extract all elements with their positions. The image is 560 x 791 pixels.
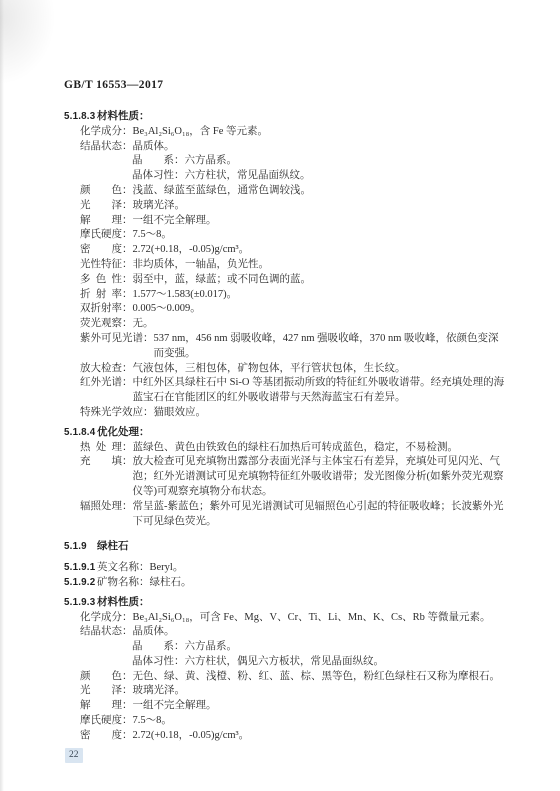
property-content: Be₃Al₂Si₆O₁₈，含 Fe 等元素。 [133,125,508,140]
property-colon: ： [122,125,133,140]
clause-number: 5.1.8.3 [64,110,97,125]
property-label: 结晶状态 [80,625,122,640]
property-row: 热处理：蓝绿色、黄色由铁致色的绿柱石加热后可转成蓝色，稳定，不易检测。 [80,441,507,456]
clause-heading-row: 5.1.8.4优化处理： [64,426,507,441]
property-label: 化学成分 [80,611,122,626]
property-row: 光性特征：非均质体，一轴晶，负光性。 [80,258,507,273]
property-label: 密度 [80,243,122,258]
property-content: 六方晶系。 [185,154,508,169]
property-label: 光性特征 [80,258,122,273]
property-label: 颜色 [80,670,122,685]
property-colon: ： [122,500,133,515]
page-number-line: 22 [65,748,507,763]
property-label: 密度 [80,729,122,744]
property-row: 多色性：弱至中，蓝，绿蓝；或不同色调的蓝。 [80,273,507,288]
property-row: 光泽：玻璃光泽。 [80,199,507,214]
property-label: 荧光观察 [80,317,122,332]
property-row: 密度：2.72(+0.18，-0.05)g/cm³。 [80,729,507,744]
property-content: 玻璃光泽。 [133,684,508,699]
property-content: 0.005～0.009。 [133,302,508,317]
property-row: 辐照处理：常呈蓝-紫蓝色；紫外可见光谱测试可见辐照色心引起的特征吸收峰；长波紫外… [80,500,507,530]
property-label: 特殊光学效应 [80,406,143,421]
property-colon: ： [122,243,133,258]
property-label: 热处理 [80,441,122,456]
property-row: 折射率：1.577～1.583(±0.017)。 [80,288,507,303]
property-row: 充填：放大检查可见充填物出露部分表面光泽与主体宝石有差异，充填处可见闪光、气泡；… [80,455,507,499]
property-colon: ： [122,714,133,729]
property-label: 解理 [80,214,122,229]
property-row: 化学成分：Be₃Al₂Si₆O₁₈，含 Fe 等元素。 [80,125,507,140]
property-content: 非均质体，一轴晶，负光性。 [133,258,508,273]
property-label: 颜色 [80,184,122,199]
property-row: 红外光谱：中红外区具绿柱石中 Si-O 等基团振动所致的特征红外吸收谱带。经充填… [80,376,507,406]
property-label: 光泽 [80,199,122,214]
property-row: 放大检查：气液包体，三相包体，矿物包体，平行管状包体，生长纹。 [80,362,507,377]
property-colon: ： [122,455,133,470]
property-colon: ： [174,655,185,670]
property-content: 六方柱状，偶见六方板状，常见晶面纵纹。 [185,655,508,670]
property-colon: ： [122,288,133,303]
property-content: 中红外区具绿柱石中 Si-O 等基团振动所致的特征红外吸收谱带。经充填处理的海蓝… [133,376,508,406]
property-colon: ： [122,684,133,699]
property-colon: ： [122,441,133,456]
property-colon: ： [143,406,154,421]
property-colon: ： [122,670,133,685]
property-content: 六方晶系。 [185,640,508,655]
property-content: 一组不完全解理。 [133,214,508,229]
standard-number-header: GB/T 16553—2017 [64,79,163,91]
property-row: 紫外可见光谱：537 nm，456 nm 弱吸收峰，427 nm 强吸收峰，37… [80,332,507,362]
clause-heading-row: 5.1.8.3材料性质： [64,110,507,125]
clause-number: 5.1.9.3 [64,596,97,611]
property-row: 摩氏硬度：7.5～8。 [80,714,507,729]
subproperty-row: 晶体习性：六方柱状，偶见六方板状，常见晶面纵纹。 [132,655,507,670]
property-colon: ： [122,625,133,640]
property-colon: ： [122,362,133,377]
property-colon: ： [122,140,133,155]
subproperty-row: 晶体习性：六方柱状，常见晶面纵纹。 [132,169,507,184]
property-row: 光泽：玻璃光泽。 [80,684,507,699]
property-colon: ： [122,214,133,229]
property-content: 六方柱状，常见晶面纵纹。 [185,169,508,184]
clause-content: 英文名称：Beryl。 [97,562,183,573]
property-label: 摩氏硬度 [80,228,122,243]
document-body: 5.1.8.3材料性质：化学成分：Be₃Al₂Si₆O₁₈，含 Fe 等元素。结… [64,105,507,763]
property-content: 一组不完全解理。 [133,699,508,714]
property-content: 常呈蓝-紫蓝色；紫外可见光谱测试可见辐照色心引起的特征吸收峰；长波紫外光下可见绿… [133,500,508,530]
property-content: 1.577～1.583(±0.017)。 [133,288,508,303]
property-row: 颜色：无色、绿、黄、浅橙、粉、红、蓝、棕、黑等色，粉红色绿柱石又称为摩根石。 [80,670,507,685]
clause-title: 材料性质： [97,111,150,122]
property-content: 无色、绿、黄、浅橙、粉、红、蓝、棕、黑等色，粉红色绿柱石又称为摩根石。 [133,670,508,685]
page-number-badge: 22 [65,748,83,763]
property-row: 解理：一组不完全解理。 [80,214,507,229]
property-row: 荧光观察：无。 [80,317,507,332]
property-label: 紫外可见光谱 [80,332,143,347]
property-row: 双折射率：0.005～0.009。 [80,302,507,317]
property-colon: ： [122,258,133,273]
property-content: 蓝绿色、黄色由铁致色的绿柱石加热后可转成蓝色，稳定，不易检测。 [133,441,508,456]
property-label: 辐照处理 [80,500,122,515]
property-row: 特殊光学效应：猫眼效应。 [80,406,507,421]
property-content: 弱至中，蓝，绿蓝；或不同色调的蓝。 [133,273,508,288]
property-row: 摩氏硬度：7.5～8。 [80,228,507,243]
document-page: { "page": { "header": "GB/T 16553—2017",… [0,0,560,791]
property-colon: ： [174,169,185,184]
clause-heading-row: 5.1.9.3材料性质： [64,596,507,611]
property-colon: ： [122,302,133,317]
property-content: 7.5～8。 [133,714,508,729]
clause-number: 5.1.9.1 [64,561,97,576]
property-label: 摩氏硬度 [80,714,122,729]
property-content: Be₃Al₂Si₆O₁₈，可含 Fe、Mg、V、Cr、Ti、Li、Mn、K、Cs… [133,611,508,626]
property-label: 解理 [80,699,122,714]
clause-content: 矿物名称：绿柱石。 [97,577,192,588]
clause-title: 优化处理： [97,427,150,438]
property-content: 猫眼效应。 [154,406,508,421]
property-label: 晶系 [132,640,174,655]
property-colon: ： [122,317,133,332]
property-content: 2.72(+0.18，-0.05)g/cm³。 [133,729,508,744]
property-row: 结晶状态：晶质体。 [80,625,507,640]
property-row: 化学成分：Be₃Al₂Si₆O₁₈，可含 Fe、Mg、V、Cr、Ti、Li、Mn… [80,611,507,626]
property-colon: ： [174,154,185,169]
clause-number: 5.1.8.4 [64,426,97,441]
clause-text-row: 5.1.9.2矿物名称：绿柱石。 [64,576,507,591]
clause-number: 5.1.9 [64,540,97,555]
property-content: 537 nm，456 nm 弱吸收峰，427 nm 强吸收峰，370 nm 吸收… [154,332,508,362]
property-content: 无。 [133,317,508,332]
property-label: 晶系 [132,154,174,169]
property-row: 结晶状态：晶质体。 [80,140,507,155]
property-label: 折射率 [80,288,122,303]
property-content: 气液包体，三相包体，矿物包体，平行管状包体，生长纹。 [133,362,508,377]
property-colon: ： [122,273,133,288]
clause-title: 绿柱石 [97,541,129,552]
property-colon: ： [174,640,185,655]
clause-text-row: 5.1.9.1英文名称：Beryl。 [64,561,507,576]
property-content: 放大检查可见充填物出露部分表面光泽与主体宝石有差异，充填处可见闪光、气泡；红外光… [133,455,508,499]
subproperty-row: 晶系：六方晶系。 [132,640,507,655]
subproperty-row: 晶系：六方晶系。 [132,154,507,169]
property-label: 化学成分 [80,125,122,140]
property-colon: ： [122,611,133,626]
property-content: 晶质体。 [133,140,508,155]
scan-corner-smudge [0,0,60,90]
scan-edge-shading [0,0,4,791]
property-content: 2.72(+0.18，-0.05)g/cm³。 [133,243,508,258]
property-label: 晶体习性 [132,655,174,670]
property-row: 解理：一组不完全解理。 [80,699,507,714]
property-content: 晶质体。 [133,625,508,640]
property-label: 双折射率 [80,302,122,317]
clause-title: 材料性质： [97,597,150,608]
property-label: 放大检查 [80,362,122,377]
property-colon: ： [122,228,133,243]
property-content: 玻璃光泽。 [133,199,508,214]
property-label: 红外光谱 [80,376,122,391]
property-colon: ： [122,199,133,214]
property-content: 浅蓝、绿蓝至蓝绿色，通常色调较浅。 [133,184,508,199]
property-content: 7.5～8。 [133,228,508,243]
property-colon: ： [122,699,133,714]
property-colon: ： [122,729,133,744]
property-colon: ： [122,376,133,391]
property-label: 光泽 [80,684,122,699]
clause-number: 5.1.9.2 [64,576,97,591]
property-colon: ： [143,332,154,347]
property-colon: ： [122,184,133,199]
property-row: 密度：2.72(+0.18，-0.05)g/cm³。 [80,243,507,258]
property-label: 充填 [80,455,122,470]
property-label: 多色性 [80,273,122,288]
property-label: 晶体习性 [132,169,174,184]
property-label: 结晶状态 [80,140,122,155]
property-row: 颜色：浅蓝、绿蓝至蓝绿色，通常色调较浅。 [80,184,507,199]
section-heading-row: 5.1.9绿柱石 [64,540,507,555]
